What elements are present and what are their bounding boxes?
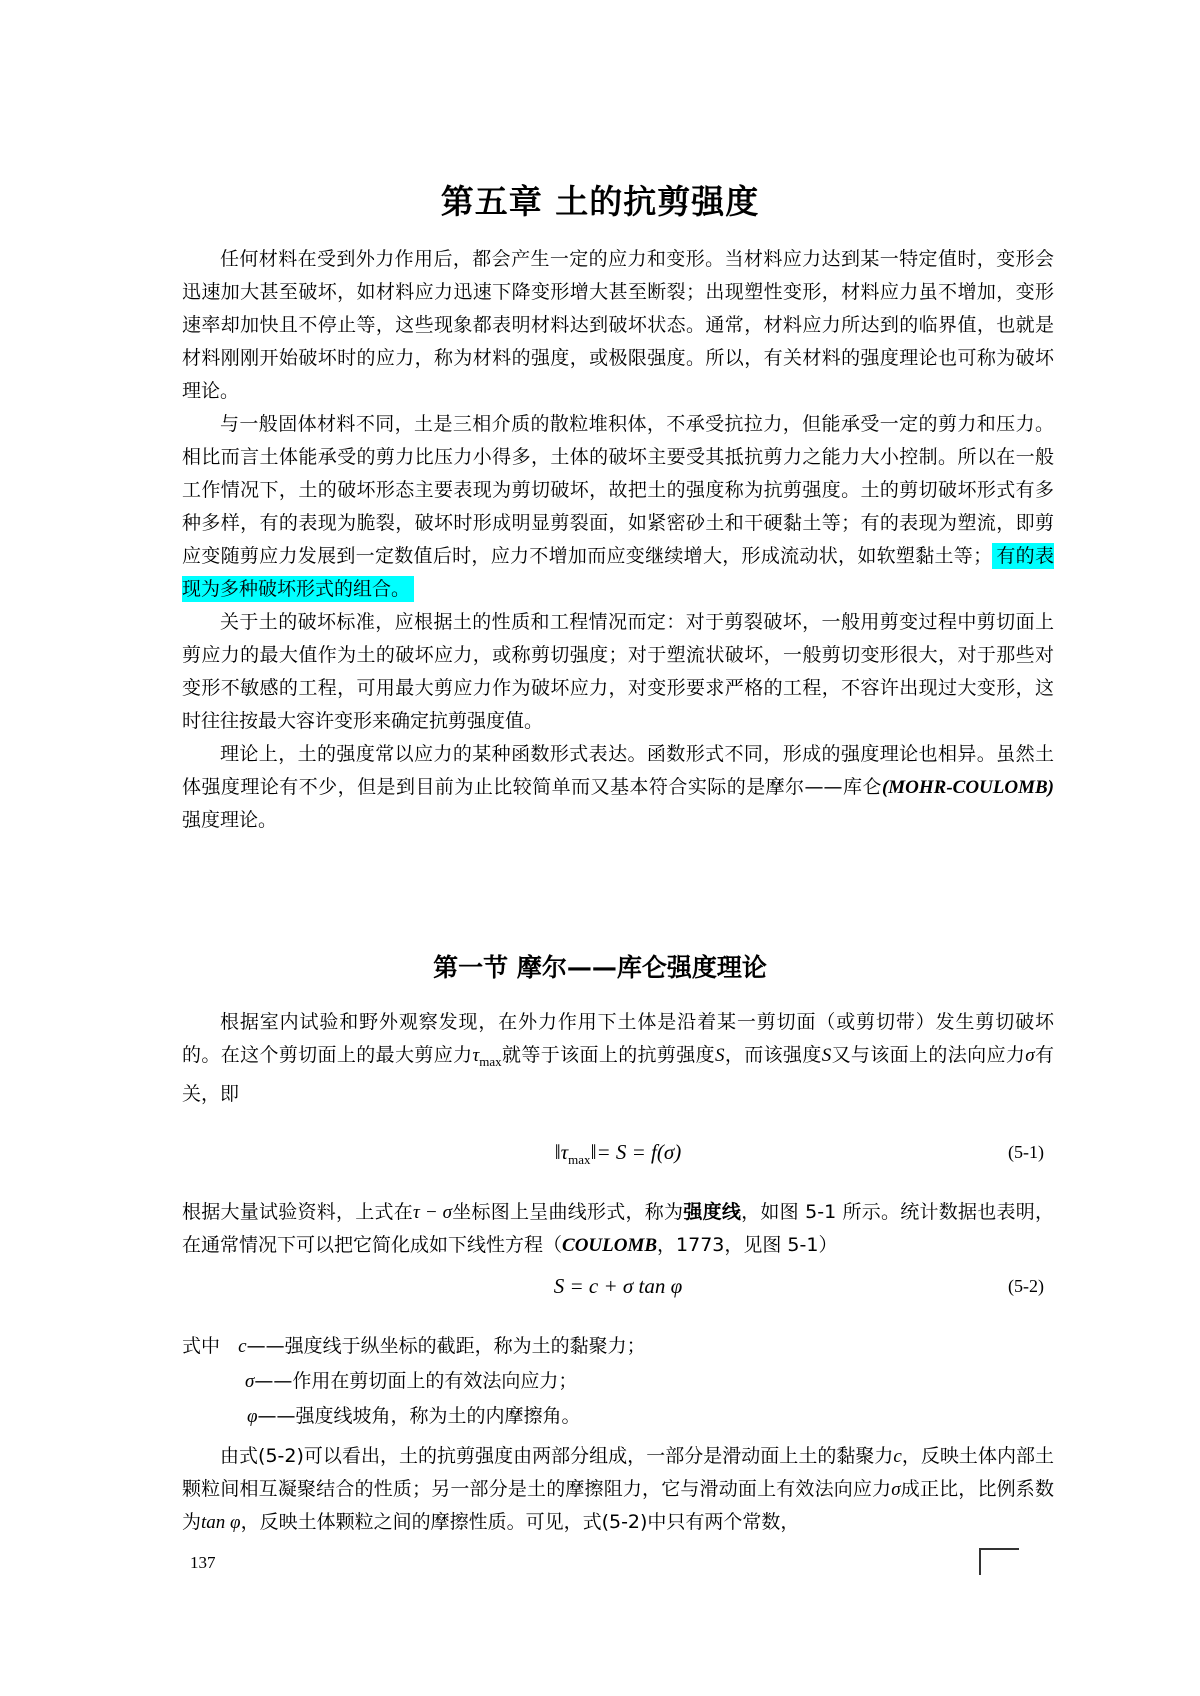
equation-expression: S = c + σ tan φ [182,1274,1054,1299]
chapter-title: 第五章 土的抗剪强度 [0,176,1200,223]
text: 根据大量试验资料，上式在 [182,1201,413,1223]
text: ，而该强度 [725,1044,822,1066]
tan-phi-expr: tan φ [201,1512,241,1533]
section-paragraph-3: 由式(5-2)可以看出，土的抗剪强度由两部分组成，一部分是滑动面上土的黏聚力c，… [182,1440,1054,1539]
coulomb-term: COULOMB [562,1235,657,1256]
paragraph-4: 理论上，土的强度常以应力的某种函数形式表达。函数形式不同，形成的强度理论也相异。… [182,738,1054,837]
section-paragraph-2: 根据大量试验资料，上式在τ − σ坐标图上呈曲线形式，称为强度线，如图 5-1 … [182,1196,1054,1262]
intro-section: 任何材料在受到外力作用后，都会产生一定的应力和变形。当材料应力达到某一特定值时，… [182,243,1054,837]
sigma-symbol: σ [891,1479,900,1500]
text: ，反映土体颗粒之间的摩擦性质。可见，式(5-2)中只有两个常数， [241,1511,800,1533]
definition-phi: φ——强度线坡角，称为土的内摩擦角。 [247,1400,581,1433]
text: ，1773，见图 5-1） [657,1234,837,1256]
section-title: 第一节 摩尔——库仑强度理论 [0,948,1200,984]
definition-sigma: σ——作用在剪切面上的有效法向应力； [245,1365,577,1398]
equation-5-2: S = c + σ tan φ (5-2) [182,1274,1054,1314]
equation-5-1: ‖τmax‖= S = f(σ) (5-1) [182,1140,1054,1180]
crop-mark-icon [979,1548,1019,1575]
tau-sigma-expr: τ − σ [413,1202,452,1223]
definition-text: ——强度线于纵坐标的截距，称为土的黏聚力； [247,1335,646,1357]
s-symbol: S [822,1045,832,1066]
strength-line-term: 强度线 [683,1201,741,1223]
phi-symbol: φ [247,1406,258,1427]
max-subscript: max [479,1054,501,1069]
c-symbol: c [238,1336,246,1357]
equation-number: (5-2) [1008,1276,1044,1297]
paragraph-4-end: 强度理论。 [182,809,277,831]
equation-number: (5-1) [1008,1142,1044,1163]
s-symbol: S [715,1045,725,1066]
eq-right: ‖= S = f(σ) [591,1140,682,1164]
paragraph-3: 关于土的破坏标准，应根据土的性质和工程情况而定：对于剪裂破坏，一般用剪变过程中剪… [182,606,1054,738]
text: 由式(5-2)可以看出，土的抗剪强度由两部分组成，一部分是滑动面上土的黏聚力 [220,1445,893,1467]
c-symbol: c [893,1446,901,1467]
page-number: 137 [190,1553,216,1573]
where-label: 式中 [182,1335,220,1357]
definition-c: 式中 c——强度线于纵坐标的截距，称为土的黏聚力； [182,1330,646,1363]
paragraph-2-text: 与一般固体材料不同，土是三相介质的散粒堆积体，不承受抗拉力，但能承受一定的剪力和… [182,413,1054,567]
sigma-symbol: σ [1025,1045,1034,1066]
document-page: 第五章 土的抗剪强度 任何材料在受到外力作用后，都会产生一定的应力和变形。当材料… [0,0,1200,1696]
text: 又与该面上的法向应力 [831,1044,1025,1066]
equation-expression: ‖τmax‖= S = f(σ) [182,1140,1054,1168]
paragraph-2: 与一般固体材料不同，土是三相介质的散粒堆积体，不承受抗拉力，但能承受一定的剪力和… [182,408,1054,606]
text: 坐标图上呈曲线形式，称为 [452,1201,683,1223]
definition-text: ——强度线坡角，称为土的内摩擦角。 [258,1405,581,1427]
definition-text: ——作用在剪切面上的有效法向应力； [254,1370,577,1392]
eq-subscript: max [568,1152,590,1167]
section-paragraph-1: 根据室内试验和野外观察发现，在外力作用下土体是沿着某一剪切面（或剪切带）发生剪切… [182,1006,1054,1111]
eq-left: ‖τ [555,1140,568,1164]
mohr-coulomb-term: (MOHR-COULOMB) [882,777,1054,798]
text: 就等于该面上的抗剪强度 [502,1044,715,1066]
sigma-symbol: σ [245,1371,254,1392]
paragraph-1: 任何材料在受到外力作用后，都会产生一定的应力和变形。当材料应力达到某一特定值时，… [182,243,1054,408]
